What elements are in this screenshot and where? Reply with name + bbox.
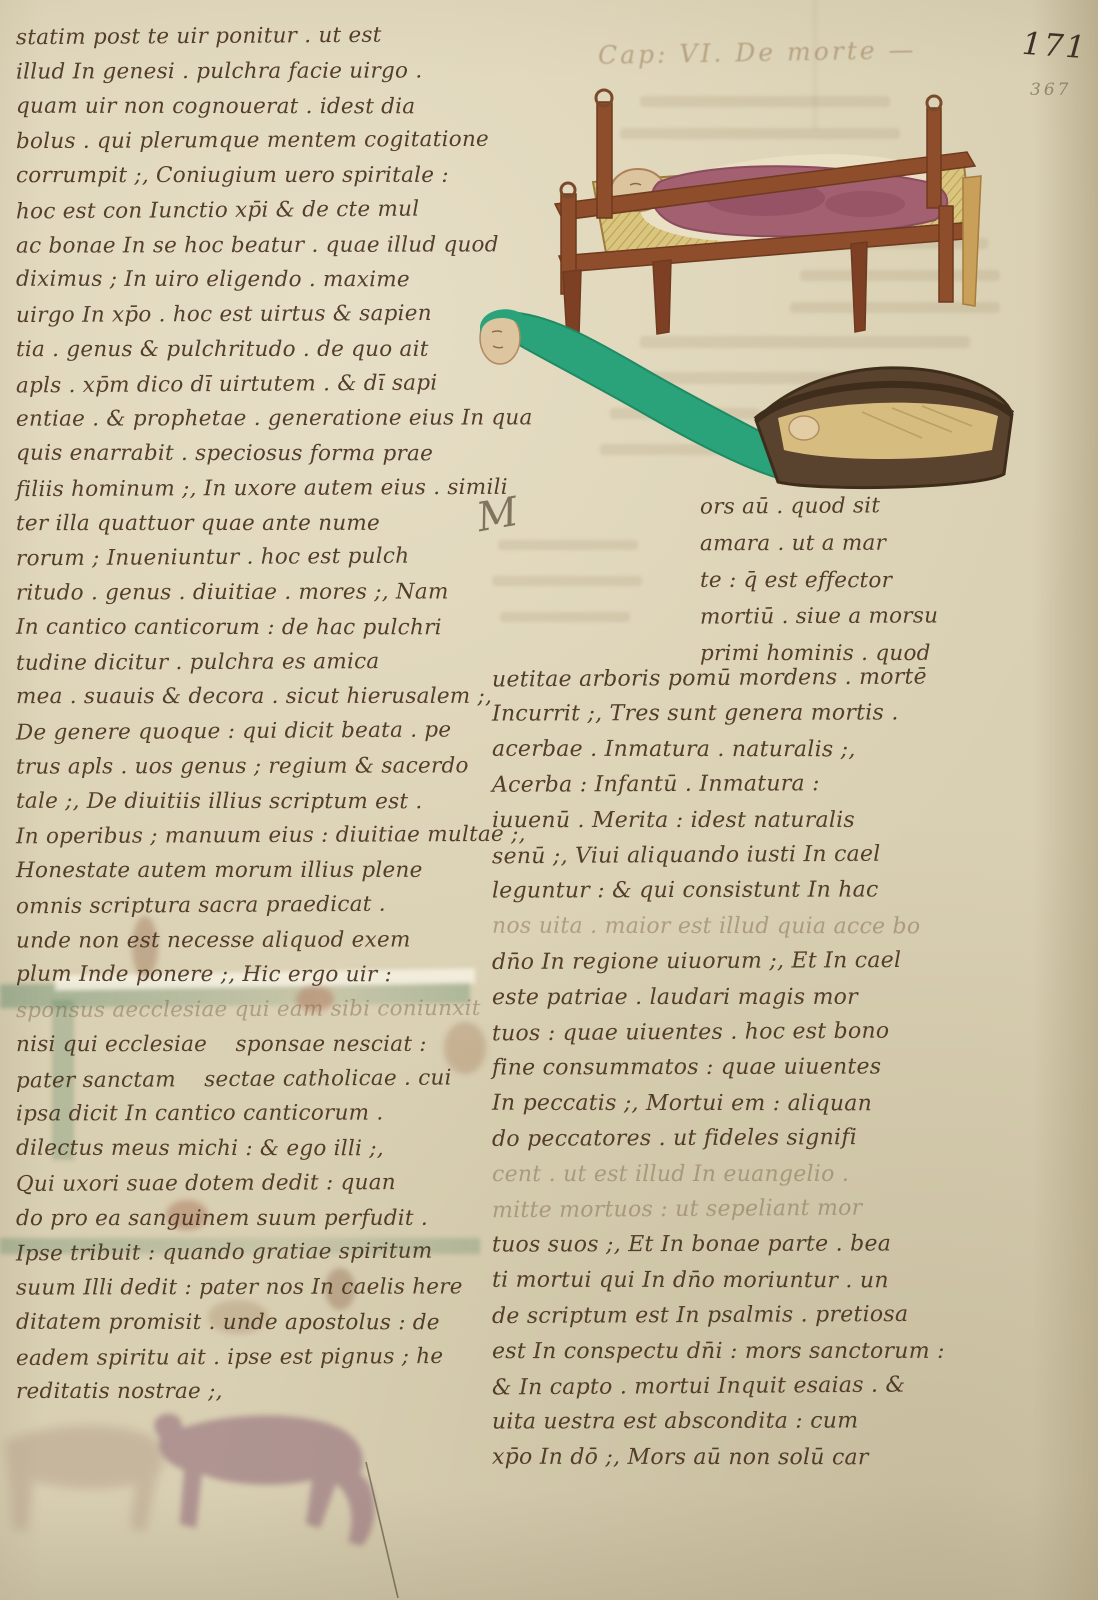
manuscript-line: & In capto . mortui Inquit esaias . & (492, 1375, 905, 1400)
manuscript-line: unde non est necesse aliquod exem (16, 929, 411, 952)
manuscript-line: Honestate autem morum illius plene (16, 860, 423, 882)
basket-figure-head (789, 416, 819, 440)
manuscript-line: omnis scriptura sacra praedicat . (16, 893, 386, 917)
chapter-heading: Cap: VI. De morte — (598, 35, 918, 70)
manuscript-line: acerbae . Inmatura . naturalis ;, (492, 739, 856, 762)
manuscript-line: pater sanctam sectae catholicae . cui (16, 1067, 452, 1092)
manuscript-line: rorum ; Inueniuntur . hoc est pulch (16, 546, 409, 570)
manuscript-line: mea . suauis & decora . sicut hierusalem… (16, 686, 492, 708)
manuscript-line: apls . xp̄m dico dī uirtutem . & dī sapi (16, 372, 438, 396)
left-text-column: statim post te uir ponitur . ut estillud… (16, 26, 466, 1446)
manuscript-line: uirgo In xp̄o . hoc est uirtus & sapien (16, 303, 432, 327)
manuscript-line: ac bonae In se hoc beatur . quae illud q… (16, 234, 499, 257)
manuscript-line: nos uita . maior est illud quia acce bo (492, 915, 920, 938)
manuscript-line: senū ;, Viui aliquando iusti In cael (492, 844, 881, 869)
manuscript-line: mortiū . siue a morsu (700, 606, 938, 629)
manuscript-line: te : q̄ est effector (700, 569, 892, 591)
manuscript-line: ditatem promisit . unde apostolus : de (16, 1311, 440, 1333)
manuscript-line: quis enarrabit . speciosus forma prae (16, 443, 433, 465)
manuscript-line: de scriptum est In psalmis . pretiosa (492, 1304, 908, 1328)
manuscript-line: iuuenū . Merita : idest naturalis (492, 809, 855, 831)
manuscript-line: hoc est con Iunctio xp̄i & de cte mul (16, 198, 419, 222)
bleed-through-text (492, 576, 642, 586)
manuscript-line: ter illa quattuor quae ante nume (16, 512, 380, 534)
manuscript-line: amara . ut a mar (700, 533, 886, 555)
bleed-through-text (500, 612, 630, 622)
manuscript-line: cent . ut est illud In euangelio . (492, 1163, 849, 1185)
manuscript-line: leguntur : & qui consistunt In hac (492, 880, 879, 903)
manuscript-line: filiis hominum ;, In uxore autem eius . … (16, 477, 508, 501)
manuscript-line: nisi qui ecclesiae sponsae nesciat : (16, 1034, 427, 1056)
manuscript-line: De genere quoque : qui dicit beata . pe (16, 719, 451, 744)
manuscript-line: Acerba : Infantū . Inmatura : (492, 773, 820, 797)
manuscript-line: tale ;, De diuitiis illius scriptum est … (16, 790, 422, 812)
manuscript-line: ti mortui qui In dn̄o moriuntur . un (492, 1270, 889, 1293)
manuscript-line: fine consummatos : quae uiuentes (492, 1057, 881, 1080)
manuscript-line: Ipse tribuit : quando gratiae spiritum (16, 1241, 433, 1265)
folio-number: 171 (1021, 26, 1089, 66)
manuscript-line: uetitae arboris pomū mordens . mortē (492, 666, 927, 691)
manuscript-line: statim post te uir ponitur . ut est (16, 25, 382, 49)
manuscript-line: In peccatis ;, Mortui em : aliquan (492, 1093, 872, 1116)
initial-m: M (473, 489, 521, 541)
manuscript-line: plum Inde ponere ;, Hic ergo uir : (16, 964, 392, 986)
right-indented-column: ors aū . quod sitamara . ut a marte : q̄… (700, 496, 1030, 686)
manuscript-line: suum Illi dedit : pater nos In caelis he… (16, 1276, 463, 1299)
manuscript-line: sponsus aecclesiae qui eam sibi coniunxi… (16, 998, 481, 1022)
manuscript-line: Qui uxori suae dotem dedit : quan (16, 1172, 396, 1195)
manuscript-line: tudine dicitur . pulchra es amica (16, 651, 380, 674)
pencil-foliation: 367 (1030, 80, 1071, 100)
manuscript-line: mitte mortuos : ut sepeliant mor (492, 1198, 863, 1223)
manuscript-line: eadem spiritu ait . ipse est pignus ; he (16, 1345, 443, 1369)
manuscript-line: In operibus ; manuum eius : diuitiae mul… (16, 824, 526, 848)
manuscript-line: trus apls . uos genus ; regium & sacerdo (16, 755, 469, 778)
manuscript-line: ritudo . genus . diuitiae . mores ;, Nam (16, 581, 449, 604)
manuscript-line: In cantico canticorum : de hac pulchri (16, 616, 442, 638)
manuscript-line: do peccatores . ut fideles signifi (492, 1127, 857, 1151)
manuscript-line: diximus ; In uiro eligendo . maxime (16, 269, 410, 291)
manuscript-line: dilectus meus michi : & ego illi ;, (16, 1138, 384, 1160)
manuscript-line: uita uestra est abscondita : cum (492, 1411, 858, 1434)
manuscript-page: Cap: VI. De morte — 171 367 (0, 0, 1098, 1600)
manuscript-line: xp̄o In dō ;, Mors aū non solū car (492, 1447, 869, 1470)
manuscript-line: do pro ea sanguinem suum perfudit . (16, 1207, 428, 1229)
manuscript-line: primi hominis . quod (700, 643, 931, 665)
manuscript-line: illud In genesi . pulchra facie uirgo . (16, 60, 422, 83)
bed-strap (963, 176, 981, 306)
manuscript-line: bolus . qui plerumque mentem cogitatione (16, 129, 489, 153)
manuscript-line: ors aū . quod sit (700, 495, 880, 518)
manuscript-line: dn̄o In regione uiuorum ;, Et In cael (492, 950, 901, 974)
manuscript-line: reditatis nostrae ;, (16, 1381, 223, 1403)
manuscript-line: tuos suos ;, Et In bonae parte . bea (492, 1234, 891, 1257)
manuscript-line: tia . genus & pulchritudo . de quo ait (16, 339, 429, 361)
basket-illustration (742, 362, 1024, 494)
manuscript-line: corrumpit ;, Coniugium uero spiritale : (16, 165, 449, 187)
manuscript-line: est In conspectu dn̄i : mors sanctorum : (492, 1340, 945, 1362)
manuscript-line: tuos : quae uiuentes . hoc est bono (492, 1021, 890, 1046)
manuscript-line: entiae . & prophetae . generatione eius … (16, 408, 533, 431)
manuscript-line: Incurrit ;, Tres sunt genera mortis . (492, 703, 899, 726)
manuscript-line: ipsa dicit In cantico canticorum . (16, 1103, 384, 1126)
manuscript-line: este patriae . laudari magis mor (492, 986, 858, 1008)
bleed-through-text (498, 540, 638, 550)
manuscript-line: quam uir non cognouerat . idest dia (16, 95, 415, 117)
right-text-column: uetitae arboris pomū mordens . mortēIncu… (492, 668, 1052, 1488)
